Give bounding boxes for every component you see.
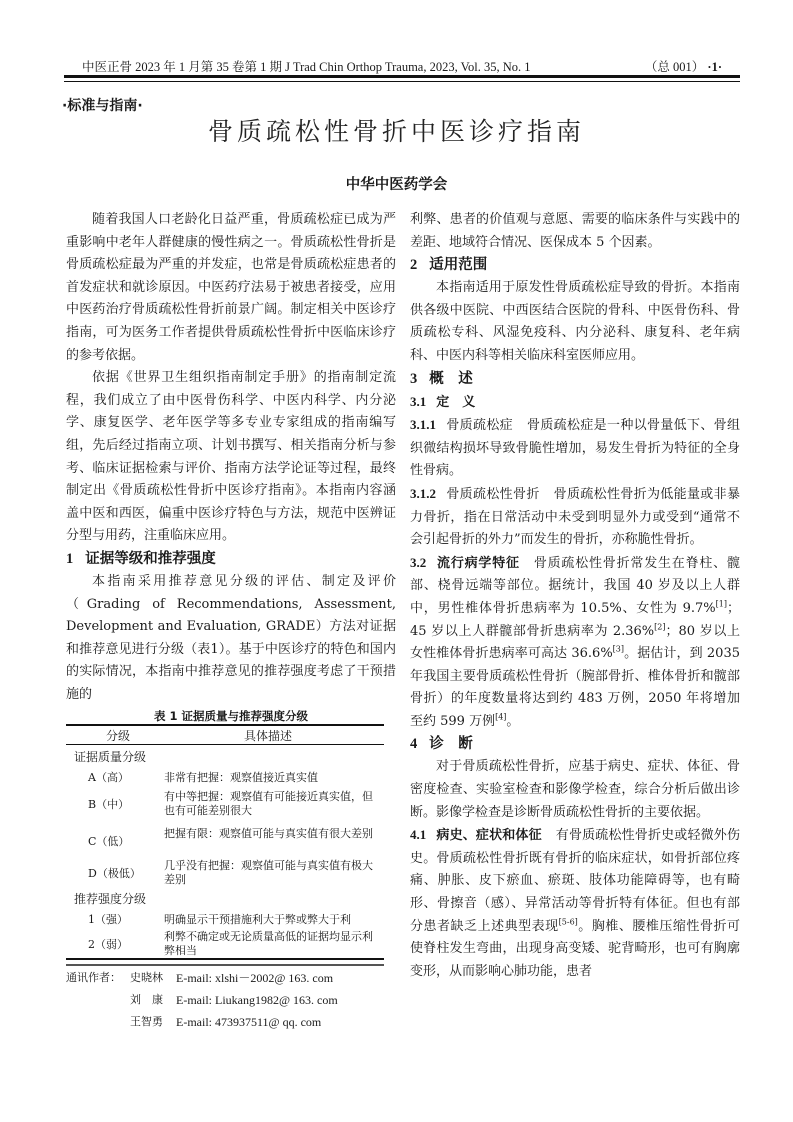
intro-paragraph-1: 随着我国人口老龄化日益严重，骨质疏松症已成为严重影响中老年人群健康的慢性病之一。… <box>66 209 396 367</box>
table-caption: 表 1 证据质量与推荐强度分级 <box>66 707 396 725</box>
section-number: 3 <box>410 371 417 387</box>
continued-paragraph: 利弊、患者的价值观与意愿、需要的临床条件与实践中的差距、地域符合情况、医保成本 … <box>410 209 740 254</box>
header-rule-thin <box>64 81 740 82</box>
body-text: 。 <box>506 714 519 729</box>
correspondence-line: 王智勇 E-mail: 473937511@ qq. com <box>66 1011 396 1033</box>
subsection-title: 定 义 <box>436 395 475 410</box>
section-3-heading: 3概 述 <box>410 368 740 391</box>
correspondence-line: 通讯作者： 史晓林 E-mail: xlshi－2002@ 163. com <box>66 967 396 989</box>
subsection-title: 骨质疏松症 <box>446 418 513 433</box>
subsection-title: 骨质疏松性骨折 <box>446 487 540 502</box>
page-number-block: （总 001） ·1· <box>645 57 722 75</box>
section-4-body: 对于骨质疏松性骨折，应基于病史、症状、体征、骨密度检查、实验室检查和影像学检查，… <box>410 756 740 824</box>
article-title: 骨质疏松性骨折中医诊疗指南 <box>0 112 793 148</box>
total-page-number: （总 001） <box>645 60 704 74</box>
subsection-4-1: 4.1病史、症状和体征有骨质疏松性骨折史或轻微外伤史。骨质疏松性骨折既有骨折的临… <box>410 824 740 983</box>
table-header-grade: 分级 <box>106 727 130 744</box>
table-row-grade: 2（弱） <box>88 938 128 952</box>
citation-link[interactable]: [2] <box>654 622 665 631</box>
subsection-3-1-2: 3.1.2骨质疏松性骨折骨质疏松性骨折为低能量或非暴力骨折，指在日常活动中未受到… <box>410 483 740 552</box>
section-4-heading: 4诊 断 <box>410 733 740 756</box>
subsection-title: 流行病学特征 <box>436 556 520 571</box>
section-title: 概 述 <box>429 371 473 387</box>
correspondence-label: 通讯作者： <box>66 967 121 989</box>
table-row-desc: 利弊不确定或无论质量高低的证据均显示利弊相当 <box>164 930 379 958</box>
section-title: 证据等级和推荐强度 <box>85 551 216 567</box>
subsection-3-2: 3.2流行病学特征骨质疏松性骨折常发生在脊柱、髋部、桡骨远端等部位。据统计，我国… <box>410 552 740 734</box>
table-row-desc: 把握有限：观察值可能与真实值有很大差别 <box>164 827 379 841</box>
table-top-rule <box>66 724 384 726</box>
header-rule-thick <box>64 75 740 78</box>
author-name: 史晓林 <box>130 967 163 989</box>
journal-citation: 中医正骨 2023 年 1 月第 35 卷第 1 期 J Trad Chin O… <box>82 57 531 75</box>
citation-link[interactable]: [3] <box>613 645 624 654</box>
subsection-3-1-1: 3.1.1骨质疏松症骨质疏松症是一种以骨量低下、骨组织微结构损坏导致骨脆性增加，… <box>410 414 740 483</box>
section-number: 1 <box>66 551 73 567</box>
table-row-grade: D（极低） <box>88 867 141 881</box>
footnote-rule <box>66 964 384 966</box>
table-row-grade: B（中） <box>88 798 129 812</box>
author-email: E-mail: Liukang1982@ 163. com <box>176 989 338 1011</box>
table-row-desc: 有中等把握：观察值有可能接近真实值，但也有可能差别很大 <box>164 790 379 818</box>
citation-link[interactable]: [1] <box>716 600 727 609</box>
subsection-title: 病史、症状和体征 <box>436 828 542 843</box>
table-bottom-rule <box>66 958 384 960</box>
author-email: E-mail: xlshi－2002@ 163. com <box>176 967 333 989</box>
table-row-desc: 明确显示干预措施利大于弊或弊大于利 <box>164 913 379 927</box>
subsection-3-1-heading: 3.1定 义 <box>410 391 740 415</box>
page-number: ·1· <box>707 60 722 74</box>
correspondence-line: 刘 康 E-mail: Liukang1982@ 163. com <box>66 989 396 1011</box>
section-number: 4 <box>410 736 417 752</box>
table-header-description: 具体描述 <box>244 727 292 744</box>
running-head: 中医正骨 2023 年 1 月第 35 卷第 1 期 J Trad Chin O… <box>72 55 722 75</box>
section-1-heading: 1证据等级和推荐强度 <box>66 548 396 571</box>
table-row-desc: 非常有把握：观察值接近真实值 <box>164 771 379 785</box>
table-group-label: 推荐强度分级 <box>74 892 146 906</box>
article-author: 中华中医药学会 <box>0 173 793 194</box>
table-header-rule <box>66 744 384 745</box>
section-number: 2 <box>410 257 417 273</box>
author-name: 王智勇 <box>130 1011 163 1033</box>
table-row-grade: C（低） <box>88 835 129 849</box>
subsection-number: 4.1 <box>410 827 426 842</box>
citation-link[interactable]: [4] <box>495 713 506 722</box>
subsection-number: 3.1.2 <box>410 486 436 501</box>
author-email: E-mail: 473937511@ qq. com <box>176 1011 321 1033</box>
section-2-heading: 2适用范围 <box>410 254 740 277</box>
subsection-number: 3.2 <box>410 555 426 570</box>
section-1-body: 本指南采用推荐意见分级的评估、制定及评价（Grading of Recommen… <box>66 571 396 707</box>
citation-link[interactable]: [5-6] <box>559 917 578 926</box>
right-column: 利弊、患者的价值观与意愿、需要的临床条件与实践中的差距、地域符合情况、医保成本 … <box>410 209 740 983</box>
table-row-grade: 1（强） <box>88 913 128 927</box>
table-row-grade: A（高） <box>88 771 129 785</box>
section-2-body: 本指南适用于原发性骨质疏松症导致的骨折。本指南供各级中医院、中西医结合医院的骨科… <box>410 277 740 367</box>
left-column: 随着我国人口老龄化日益严重，骨质疏松症已成为严重影响中老年人群健康的慢性病之一。… <box>66 209 396 725</box>
table-row-desc: 几乎没有把握：观察值可能与真实值有极大差别 <box>164 859 379 887</box>
subsection-number: 3.1 <box>410 394 426 409</box>
section-title: 诊 断 <box>429 736 473 752</box>
author-name: 刘 康 <box>130 989 163 1011</box>
intro-paragraph-2: 依据《世界卫生组织指南制定手册》的指南制定流程，我们成立了由中医骨伤科学、中医内… <box>66 367 396 548</box>
subsection-number: 3.1.1 <box>410 417 436 432</box>
correspondence-footnote: 通讯作者： 史晓林 E-mail: xlshi－2002@ 163. com 刘… <box>66 967 396 1037</box>
section-title: 适用范围 <box>429 257 487 273</box>
table-group-label: 证据质量分级 <box>74 750 146 764</box>
